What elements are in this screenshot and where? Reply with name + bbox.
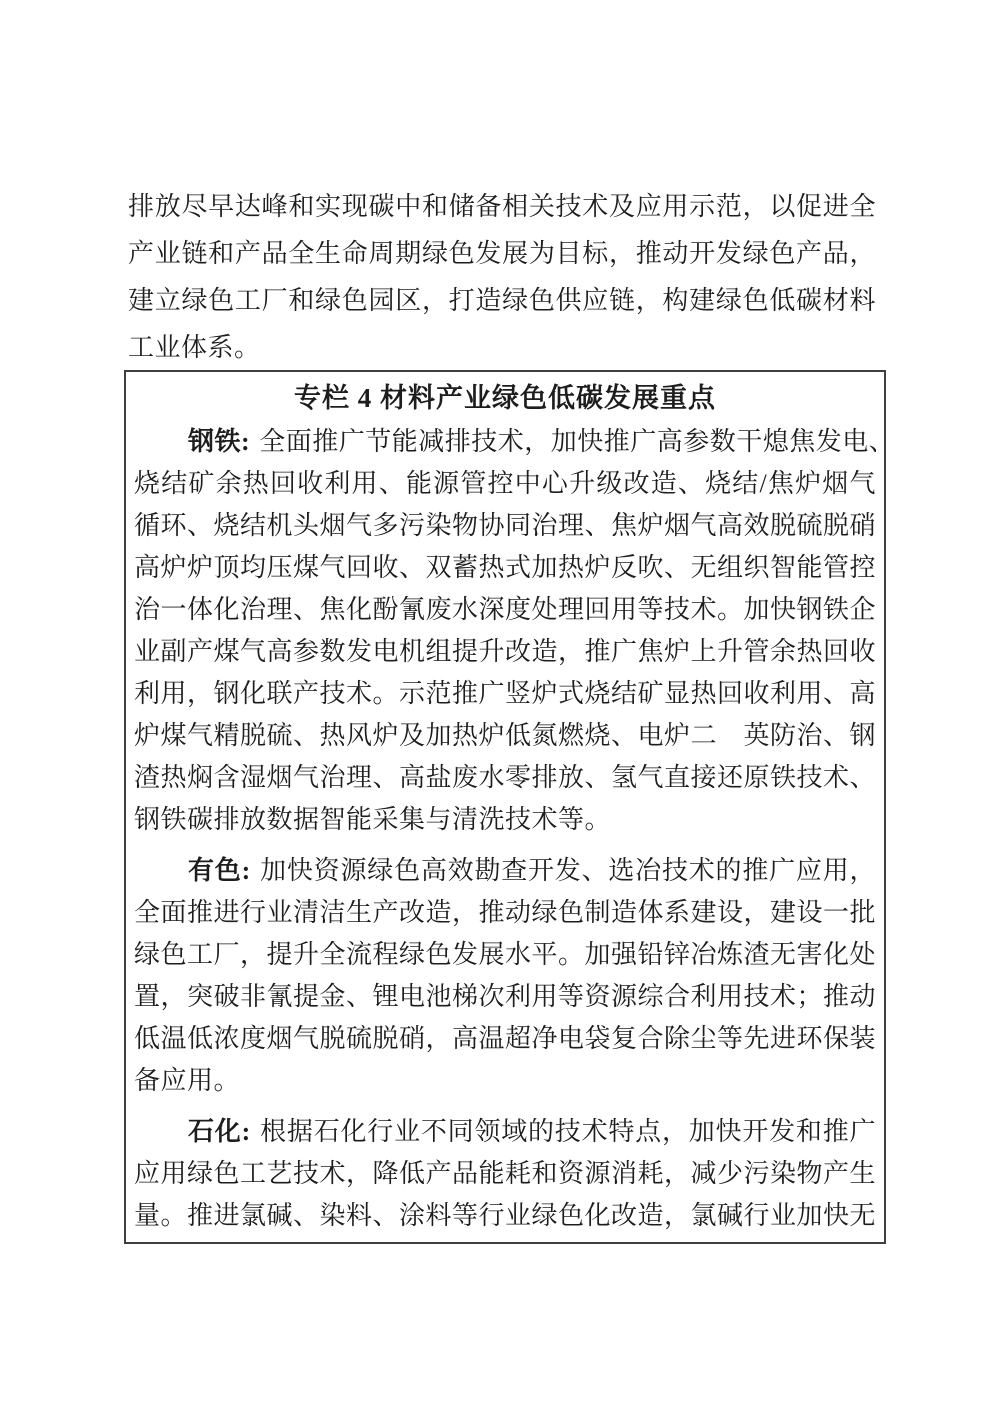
- document-page: 排放尽早达峰和实现碳中和储备相关技术及应用示范，以促进全 产业链和产品全生命周期…: [0, 0, 1000, 1414]
- text-line: 利用，钢化联产技术。示范推广竖炉式烧结矿显热回收利用、高: [134, 673, 876, 715]
- text-line: 高炉炉顶均压煤气回收、双蓄热式加热炉反吹、无组织智能管控: [134, 547, 876, 589]
- text-line: 备应用。: [134, 1060, 876, 1102]
- text-line: 炉煤气精脱硫、热风炉及加热炉低氮燃烧、电炉二 英防治、钢: [134, 715, 876, 757]
- text-line: 石化:根据石化行业不同领域的技术特点，加快开发和推广: [134, 1111, 876, 1153]
- text-run: 根据石化行业不同领域的技术特点，加快开发和推广: [260, 1117, 876, 1146]
- text-line: 钢铁:全面推广节能减排技术，加快推广高参数干熄焦发电、: [134, 421, 876, 463]
- text-line: 产业链和产品全生命周期绿色发展为目标，推动开发绿色产品，: [128, 230, 876, 277]
- text-line: 治一体化治理、焦化酚氰废水深度处理回用等技术。加快钢铁企: [134, 589, 876, 631]
- section-steel: 钢铁:全面推广节能减排技术，加快推广高参数干熄焦发电、 烧结矿余热回收利用、能源…: [134, 421, 876, 841]
- text-line: 钢铁碳排放数据智能采集与清洗技术等。: [134, 799, 876, 841]
- box-title: 专栏 4 材料产业绿色低碳发展重点: [134, 375, 876, 421]
- column-box: 专栏 4 材料产业绿色低碳发展重点 钢铁:全面推广节能减排技术，加快推广高参数干…: [124, 370, 886, 1244]
- section-label-nonferrous: 有色:: [188, 856, 251, 885]
- section-label-petrochemical: 石化:: [188, 1117, 251, 1146]
- text-line: 有色:加快资源绿色高效勘查开发、选冶技术的推广应用，: [134, 850, 876, 892]
- section-petrochemical: 石化:根据石化行业不同领域的技术特点，加快开发和推广 应用绿色工艺技术，降低产品…: [134, 1111, 876, 1237]
- text-line: 渣热焖含湿烟气治理、高盐废水零排放、氢气直接还原铁技术、: [134, 757, 876, 799]
- text-line: 烧结矿余热回收利用、能源管控中心升级改造、烧结/焦炉烟气: [134, 463, 876, 505]
- text-line: 置，突破非氰提金、锂电池梯次利用等资源综合利用技术；推动: [134, 976, 876, 1018]
- text-line: 循环、烧结机头烟气多污染物协同治理、焦炉烟气高效脱硫脱硝、: [134, 505, 876, 547]
- text-line: 低温低浓度烟气脱硫脱硝，高温超净电袋复合除尘等先进环保装: [134, 1018, 876, 1060]
- text-line: 工业体系。: [128, 324, 876, 371]
- section-label-steel: 钢铁:: [188, 427, 250, 456]
- intro-paragraph: 排放尽早达峰和实现碳中和储备相关技术及应用示范，以促进全 产业链和产品全生命周期…: [128, 183, 876, 371]
- text-line: 建立绿色工厂和绿色园区，打造绿色供应链，构建绿色低碳材料: [128, 277, 876, 324]
- text-run: 加快资源绿色高效勘查开发、选冶技术的推广应用，: [260, 856, 876, 885]
- text-run: 全面推广节能减排技术，加快推广高参数干熄焦发电、: [259, 427, 876, 456]
- section-nonferrous: 有色:加快资源绿色高效勘查开发、选冶技术的推广应用， 全面推进行业清洁生产改造，…: [134, 850, 876, 1102]
- text-line: 业副产煤气高参数发电机组提升改造，推广焦炉上升管余热回收: [134, 631, 876, 673]
- text-line: 应用绿色工艺技术，降低产品能耗和资源消耗，减少污染物产生: [134, 1153, 876, 1195]
- text-line: 绿色工厂，提升全流程绿色发展水平。加强铅锌冶炼渣无害化处: [134, 934, 876, 976]
- text-line: 排放尽早达峰和实现碳中和储备相关技术及应用示范，以促进全: [128, 183, 876, 230]
- text-line: 全面推进行业清洁生产改造，推动绿色制造体系建设，建设一批: [134, 892, 876, 934]
- text-line: 量。推进氯碱、染料、涂料等行业绿色化改造，氯碱行业加快无: [134, 1195, 876, 1237]
